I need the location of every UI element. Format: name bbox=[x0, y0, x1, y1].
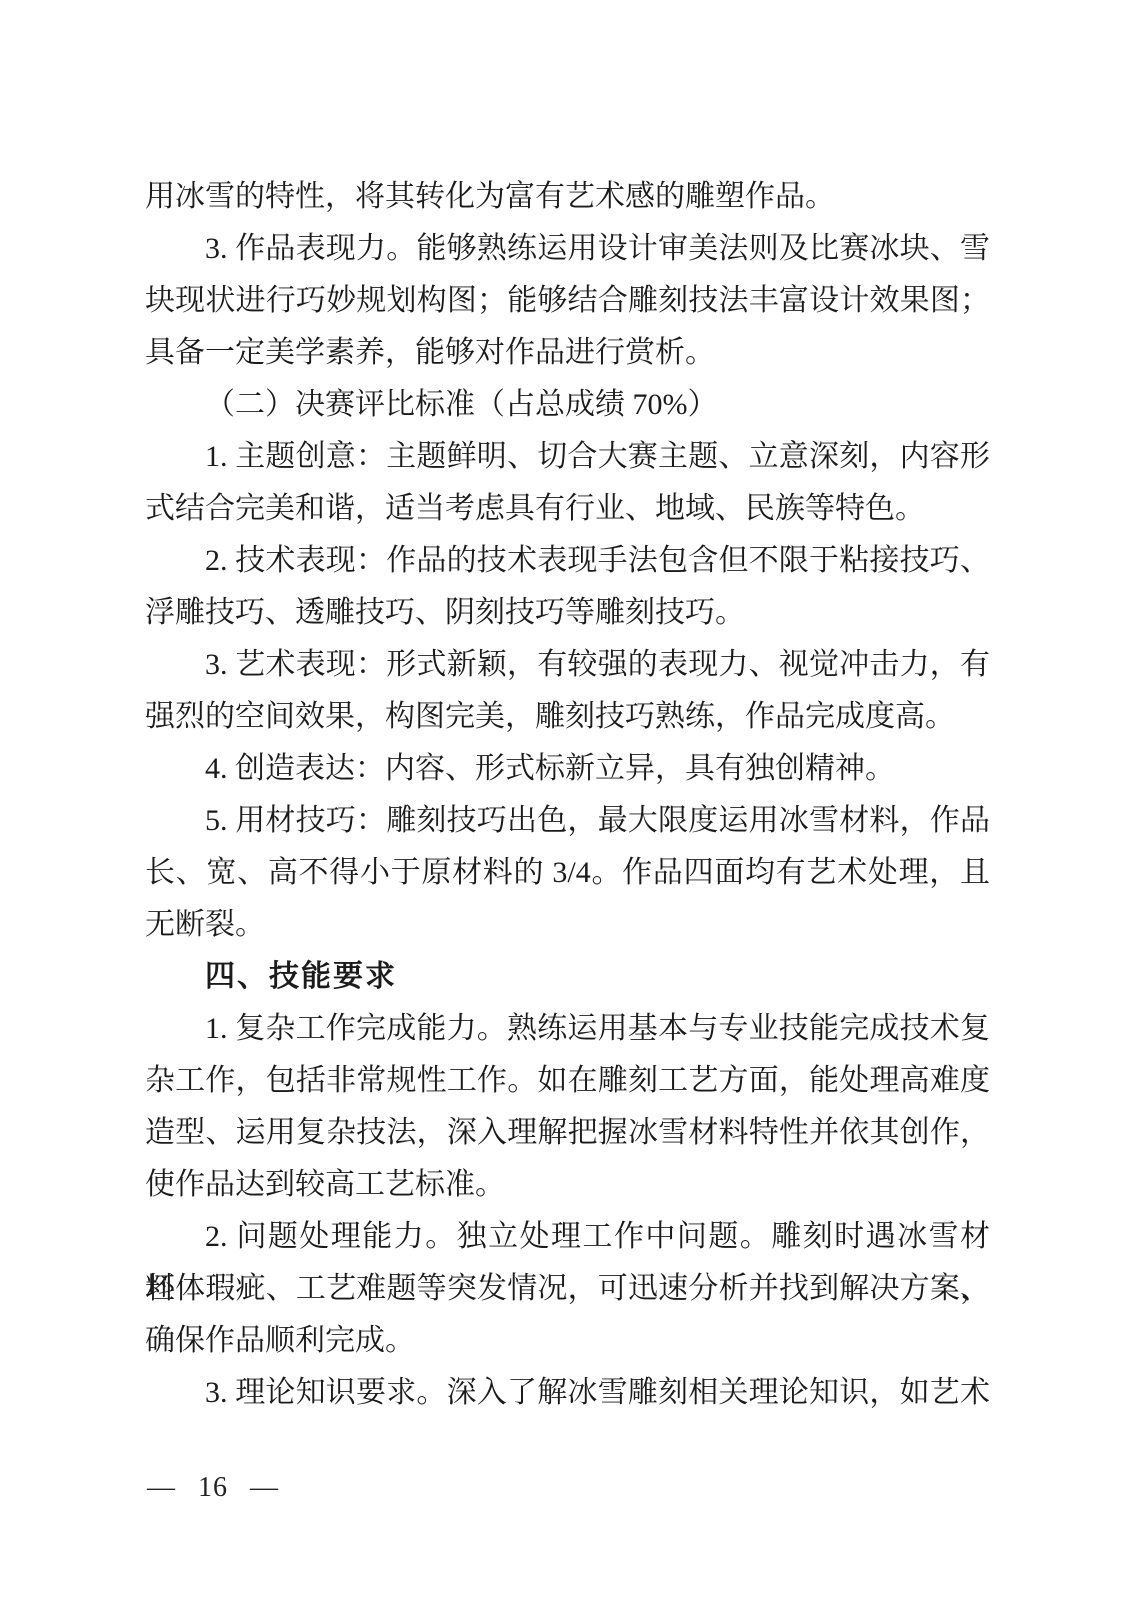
text-line: 造型、运用复杂技法，深入理解把握冰雪材料特性并依其创作， bbox=[145, 1107, 990, 1159]
subsection-heading: （二）决赛评比标准（占总成绩 70%） bbox=[145, 379, 990, 431]
text-line: 2. 技术表现：作品的技术表现手法包含但不限于粘接技巧、 bbox=[145, 535, 990, 587]
text-line: 杂工作，包括非常规性工作。如在雕刻工艺方面，能处理高难度 bbox=[145, 1055, 990, 1107]
text-line: 3. 艺术表现：形式新颖，有较强的表现力、视觉冲击力，有 bbox=[145, 639, 990, 691]
text-line: 块现状进行巧妙规划构图；能够结合雕刻技法丰富设计效果图； bbox=[145, 275, 990, 327]
text-line: 1. 复杂工作完成能力。熟练运用基本与专业技能完成技术复 bbox=[145, 1003, 990, 1055]
text-line: 具备一定美学素养，能够对作品进行赏析。 bbox=[145, 327, 990, 379]
text-line: 3. 理论知识要求。深入了解冰雪雕刻相关理论知识，如艺术 bbox=[145, 1367, 990, 1419]
text-line: 1. 主题创意：主题鲜明、切合大赛主题、立意深刻，内容形 bbox=[145, 431, 990, 483]
text-line: 3. 作品表现力。能够熟练运用设计审美法则及比赛冰块、雪 bbox=[145, 223, 990, 275]
text-line: 坯体瑕疵、工艺难题等突发情况，可迅速分析并找到解决方案， bbox=[145, 1263, 990, 1315]
text-line: 长、宽、高不得小于原材料的 3/4。作品四面均有艺术处理，且 bbox=[145, 847, 990, 899]
document-page: 用冰雪的特性，将其转化为富有艺术感的雕塑作品。 3. 作品表现力。能够熟练运用设… bbox=[0, 0, 1131, 1600]
page-number: — 16 — bbox=[147, 1471, 279, 1505]
text-line: 强烈的空间效果，构图完美，雕刻技巧熟练，作品完成度高。 bbox=[145, 691, 990, 743]
section-heading: 四、技能要求 bbox=[145, 951, 990, 1003]
text-line: 确保作品顺利完成。 bbox=[145, 1315, 990, 1367]
text-line: 用冰雪的特性，将其转化为富有艺术感的雕塑作品。 bbox=[145, 171, 990, 223]
text-line: 无断裂。 bbox=[145, 899, 990, 951]
document-body: 用冰雪的特性，将其转化为富有艺术感的雕塑作品。 3. 作品表现力。能够熟练运用设… bbox=[145, 171, 990, 1419]
text-line: 式结合完美和谐，适当考虑具有行业、地域、民族等特色。 bbox=[145, 483, 990, 535]
text-line: 5. 用材技巧：雕刻技巧出色，最大限度运用冰雪材料，作品 bbox=[145, 795, 990, 847]
text-line: 使作品达到较高工艺标准。 bbox=[145, 1159, 990, 1211]
text-line: 4. 创造表达：内容、形式标新立异，具有独创精神。 bbox=[145, 743, 990, 795]
text-line: 2. 问题处理能力。独立处理工作中问题。雕刻时遇冰雪材料、 bbox=[145, 1211, 990, 1263]
text-line: 浮雕技巧、透雕技巧、阴刻技巧等雕刻技巧。 bbox=[145, 587, 990, 639]
